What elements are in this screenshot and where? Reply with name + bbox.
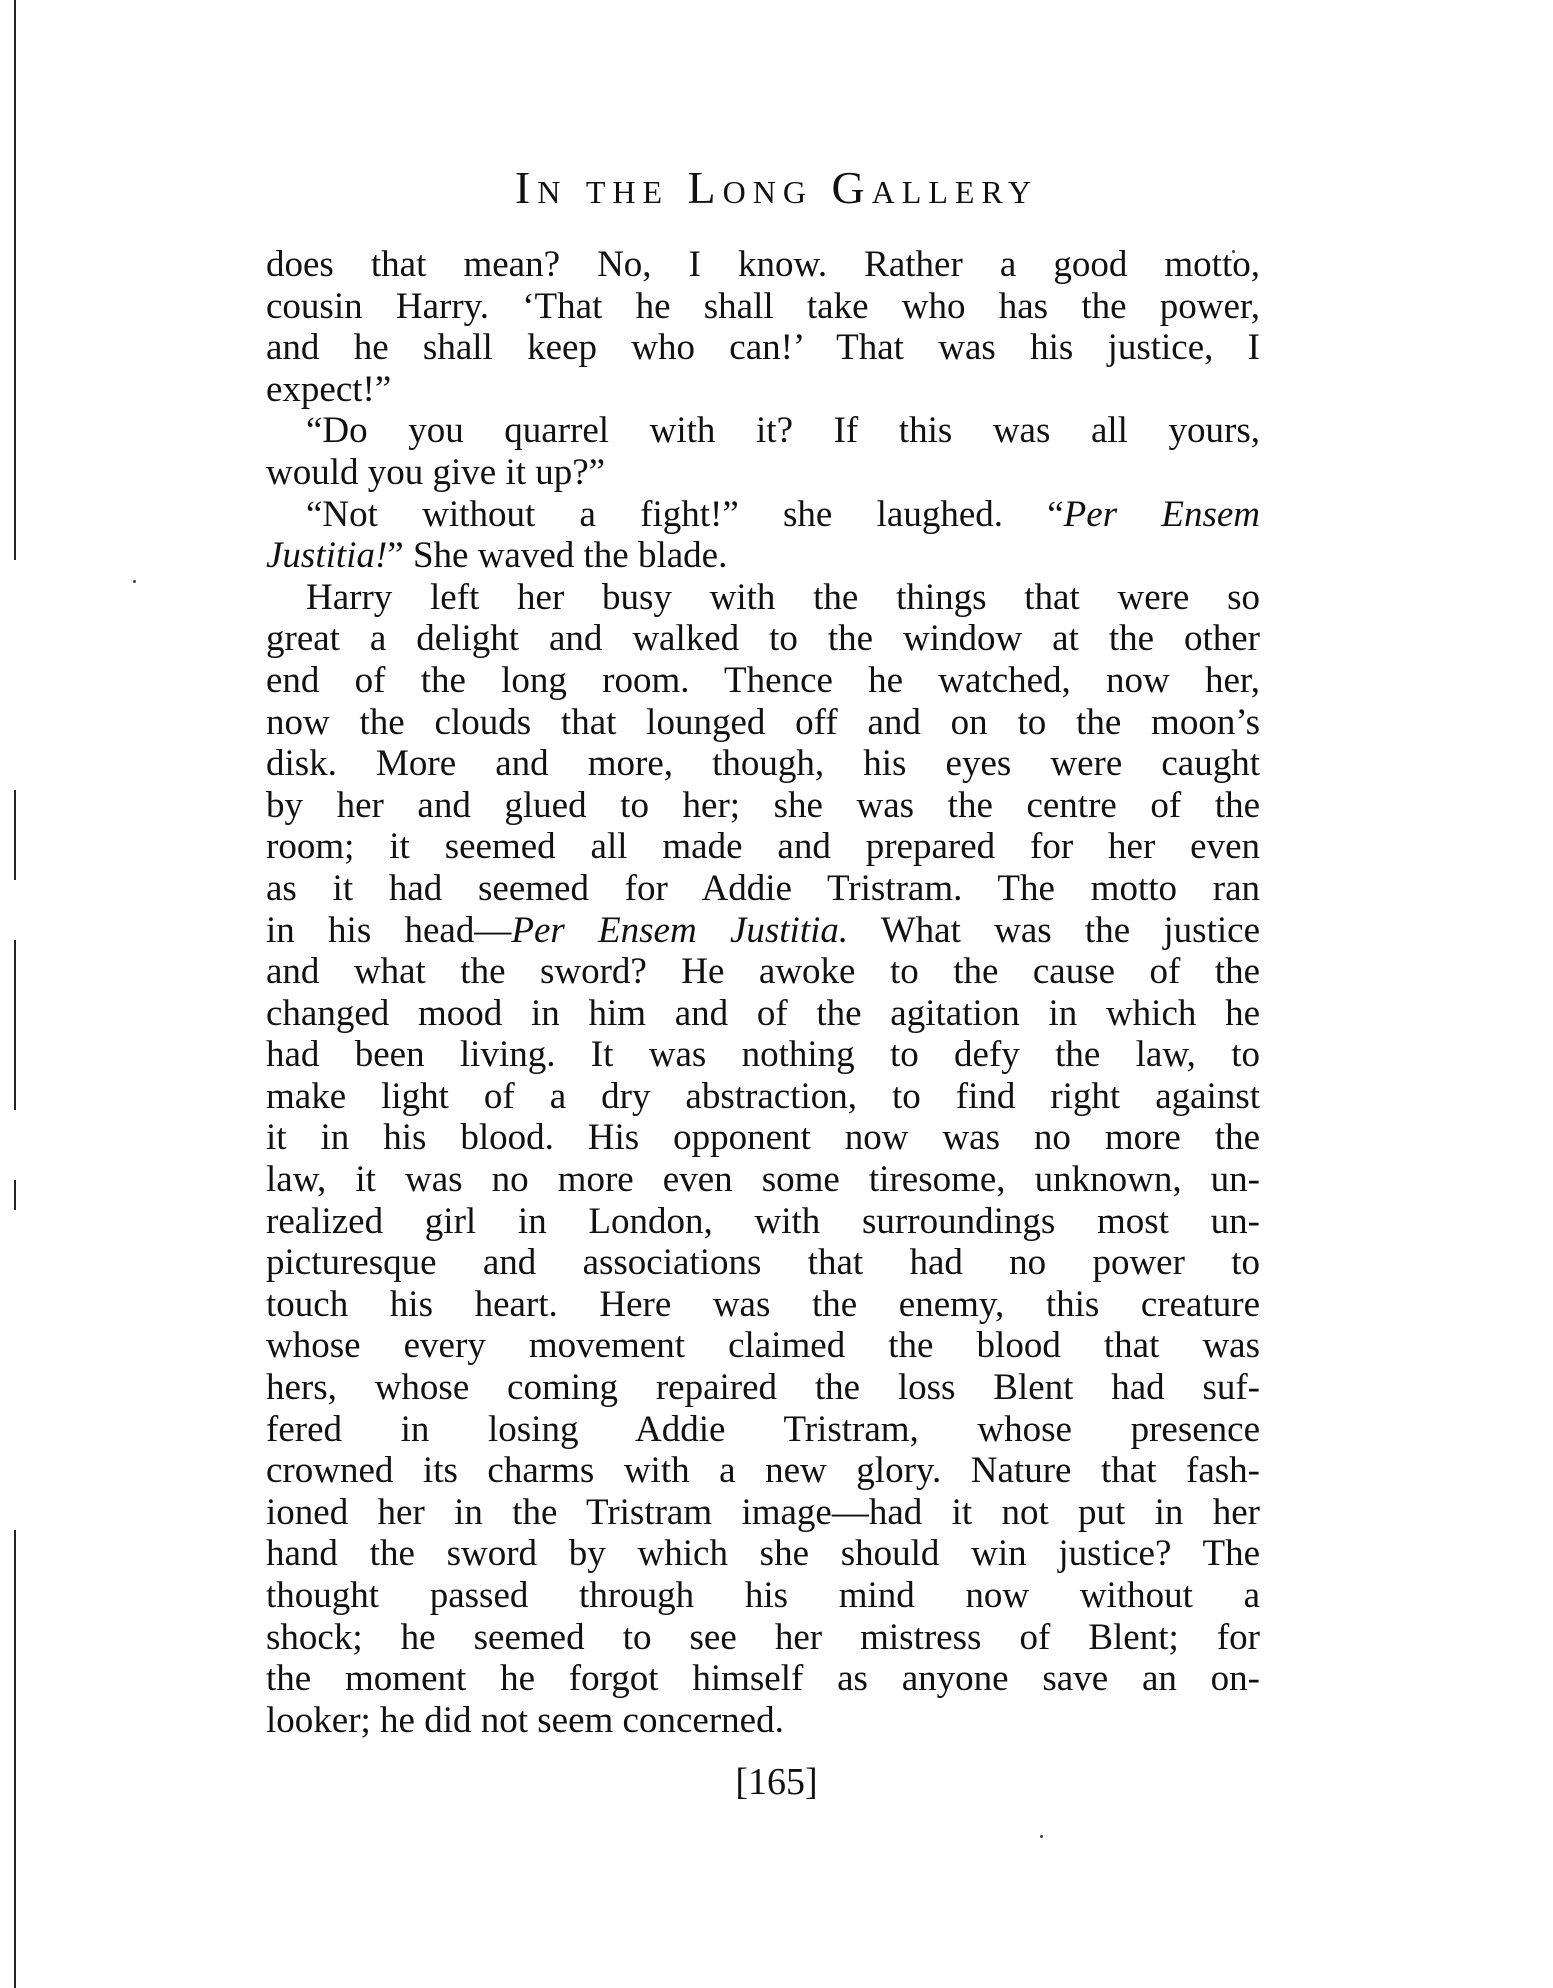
- text-line: great a delight and walked to the window…: [266, 618, 1260, 660]
- text-segment: whose every movement claimed the blood t…: [266, 1325, 1260, 1366]
- text-segment: Harry left her busy with the things that…: [306, 577, 1260, 618]
- text-segment: “Not without a fight!” she laughed. “: [306, 494, 1064, 535]
- text-line: crowned its charms with a new glory. Nat…: [266, 1450, 1260, 1492]
- text-line: Justitia!” She waved the blade.: [266, 535, 1260, 577]
- text-segment: realized girl in London, with surroundin…: [266, 1201, 1260, 1242]
- text-line: touch his heart. Here was the enemy, thi…: [266, 1284, 1260, 1326]
- text-segment: end of the long room. Thence he watched,…: [266, 660, 1260, 701]
- text-line: picturesque and associations that had no…: [266, 1242, 1260, 1284]
- text-line: changed mood in him and of the agitation…: [266, 993, 1260, 1035]
- text-line: ioned her in the Tristram image—had it n…: [266, 1492, 1260, 1534]
- text-segment: What was the justice: [848, 910, 1260, 951]
- text-segment: great a delight and walked to the window…: [266, 618, 1260, 659]
- text-segment: ioned her in the Tristram image—had it n…: [266, 1492, 1260, 1533]
- text-line: now the clouds that lounged off and on t…: [266, 702, 1260, 744]
- text-line: would you give it up?”: [266, 452, 1260, 494]
- text-segment: and he shall keep who can!’ That was his…: [266, 327, 1260, 368]
- text-segment: ” She waved the blade.: [387, 535, 727, 576]
- scan-edge-line: [14, 0, 16, 560]
- scan-edge-line: [14, 790, 16, 880]
- text-segment: make light of a dry abstraction, to find…: [266, 1076, 1260, 1117]
- text-line: realized girl in London, with surroundin…: [266, 1201, 1260, 1243]
- text-segment: hers, whose coming repaired the loss Ble…: [266, 1367, 1260, 1408]
- running-head: In the Long Gallery: [0, 160, 1553, 216]
- text-segment: shock; he seemed to see her mistress of …: [266, 1617, 1260, 1658]
- text-line: and he shall keep who can!’ That was his…: [266, 327, 1260, 369]
- scan-speck: [1040, 1835, 1043, 1838]
- text-segment: and what the sword? He awoke to the caus…: [266, 951, 1260, 992]
- text-segment: touch his heart. Here was the enemy, thi…: [266, 1284, 1260, 1325]
- body-text: does that mean? No, I know. Rather a goo…: [266, 244, 1260, 1741]
- text-segment: now the clouds that lounged off and on t…: [266, 702, 1260, 743]
- text-line: looker; he did not seem concerned.: [266, 1700, 1260, 1742]
- text-segment: disk. More and more, though, his eyes we…: [266, 743, 1260, 784]
- text-line: as it had seemed for Addie Tristram. The…: [266, 868, 1260, 910]
- text-line: it in his blood. His opponent now was no…: [266, 1117, 1260, 1159]
- text-segment: thought passed through his mind now with…: [266, 1575, 1260, 1616]
- text-line: “Do you quarrel with it? If this was all…: [266, 410, 1260, 452]
- text-line: “Not without a fight!” she laughed. “Per…: [266, 494, 1260, 536]
- text-segment: cousin Harry. ‘That he shall take who ha…: [266, 286, 1260, 327]
- text-line: expect!”: [266, 369, 1260, 411]
- scan-speck: [133, 580, 136, 583]
- text-line: end of the long room. Thence he watched,…: [266, 660, 1260, 702]
- scan-edge-line: [14, 1180, 16, 1210]
- text-line: fered in losing Addie Tristram, whose pr…: [266, 1409, 1260, 1451]
- text-line: cousin Harry. ‘That he shall take who ha…: [266, 286, 1260, 328]
- text-line: by her and glued to her; she was the cen…: [266, 785, 1260, 827]
- text-line: hers, whose coming repaired the loss Ble…: [266, 1367, 1260, 1409]
- text-segment: room; it seemed all made and prepared fo…: [266, 826, 1260, 867]
- text-segment: picturesque and associations that had no…: [266, 1242, 1260, 1283]
- italic-text: Per Ensem Justitia.: [511, 910, 848, 951]
- text-line: disk. More and more, though, his eyes we…: [266, 743, 1260, 785]
- text-segment: does that mean? No, I know. Rather a goo…: [266, 244, 1260, 285]
- text-line: whose every movement claimed the blood t…: [266, 1325, 1260, 1367]
- text-line: and what the sword? He awoke to the caus…: [266, 951, 1260, 993]
- italic-text: Justitia!: [266, 535, 387, 576]
- text-segment: looker; he did not seem concerned.: [266, 1700, 784, 1741]
- scan-edge-line: [14, 1530, 16, 1988]
- text-line: the moment he forgot himself as anyone s…: [266, 1658, 1260, 1700]
- text-segment: crowned its charms with a new glory. Nat…: [266, 1450, 1260, 1491]
- text-segment: changed mood in him and of the agitation…: [266, 993, 1260, 1034]
- text-line: room; it seemed all made and prepared fo…: [266, 826, 1260, 868]
- text-line: hand the sword by which she should win j…: [266, 1533, 1260, 1575]
- scan-edge-line: [14, 940, 16, 1110]
- text-segment: in his head—: [266, 910, 511, 951]
- text-segment: law, it was no more even some tiresome, …: [266, 1159, 1260, 1200]
- text-segment: “Do you quarrel with it? If this was all…: [306, 410, 1260, 451]
- text-line: thought passed through his mind now with…: [266, 1575, 1260, 1617]
- text-segment: by her and glued to her; she was the cen…: [266, 785, 1260, 826]
- text-line: in his head—Per Ensem Justitia. What was…: [266, 910, 1260, 952]
- text-segment: expect!”: [266, 369, 391, 410]
- text-line: shock; he seemed to see her mistress of …: [266, 1617, 1260, 1659]
- text-line: Harry left her busy with the things that…: [266, 577, 1260, 619]
- text-line: had been living. It was nothing to defy …: [266, 1034, 1260, 1076]
- text-segment: would you give it up?”: [266, 452, 605, 493]
- text-segment: it in his blood. His opponent now was no…: [266, 1117, 1260, 1158]
- book-page: In the Long Gallery does that mean? No, …: [0, 0, 1553, 1988]
- italic-text: Per Ensem: [1064, 494, 1260, 535]
- text-segment: as it had seemed for Addie Tristram. The…: [266, 868, 1260, 909]
- text-line: does that mean? No, I know. Rather a goo…: [266, 244, 1260, 286]
- text-segment: hand the sword by which she should win j…: [266, 1533, 1260, 1574]
- text-line: law, it was no more even some tiresome, …: [266, 1159, 1260, 1201]
- text-line: make light of a dry abstraction, to find…: [266, 1076, 1260, 1118]
- text-segment: fered in losing Addie Tristram, whose pr…: [266, 1409, 1260, 1450]
- text-segment: had been living. It was nothing to defy …: [266, 1034, 1260, 1075]
- text-segment: the moment he forgot himself as anyone s…: [266, 1658, 1260, 1699]
- page-number: [165]: [0, 1760, 1553, 1804]
